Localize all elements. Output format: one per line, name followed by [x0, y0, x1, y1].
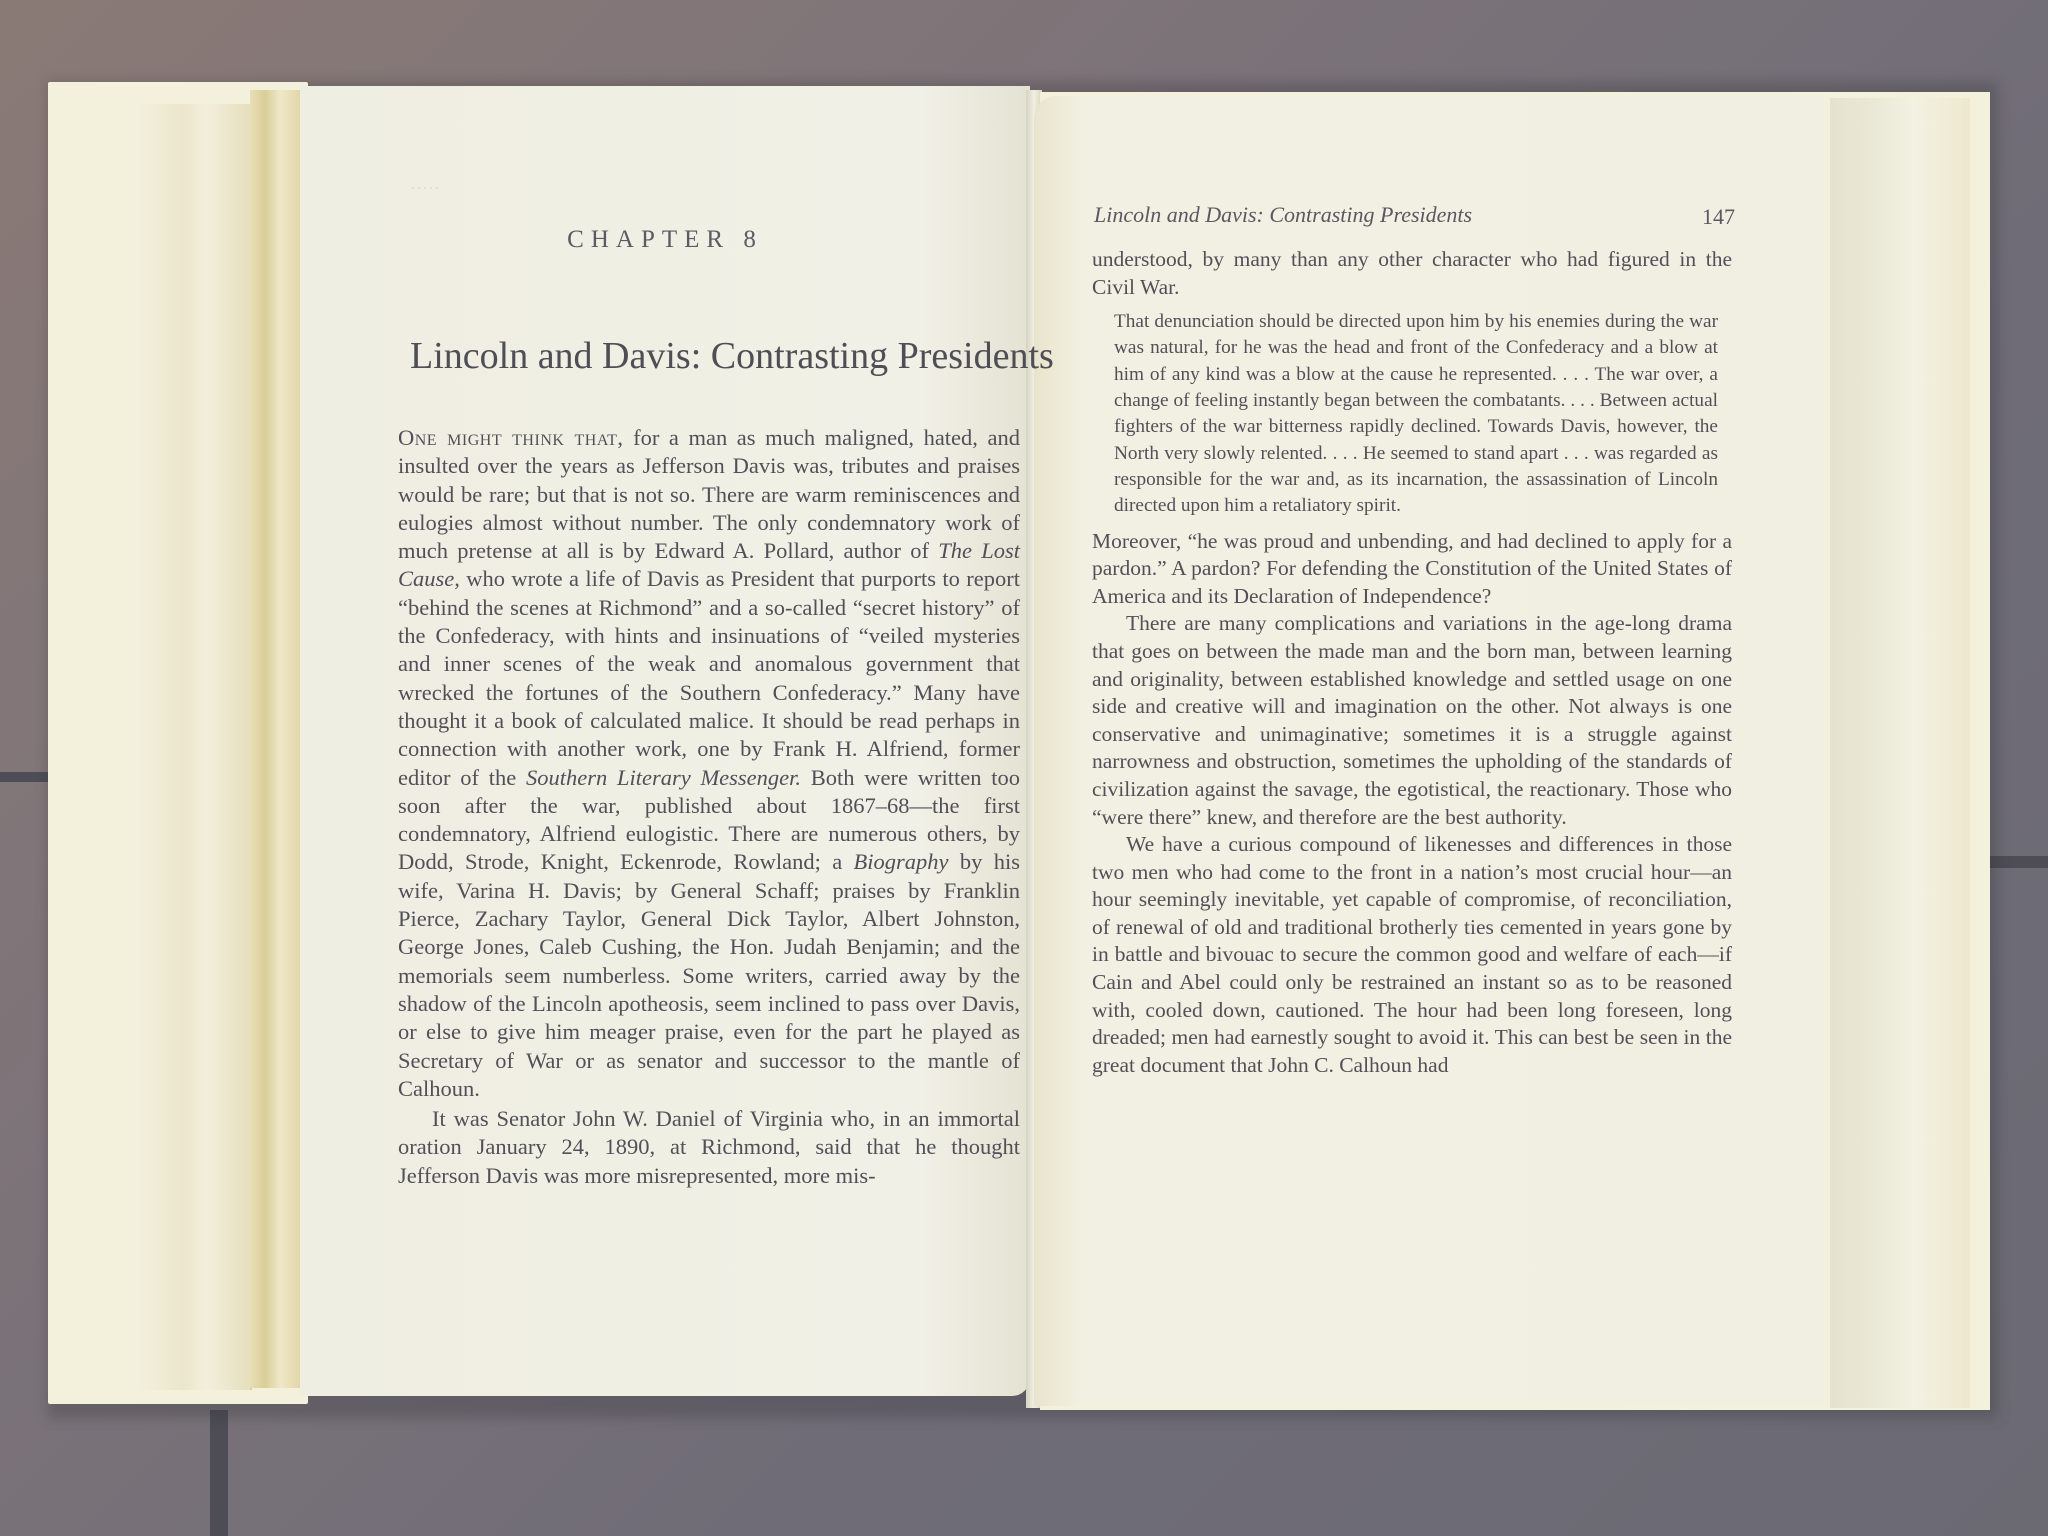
book-title-italic: Biography: [854, 849, 949, 874]
paragraph: There are many complications and variati…: [1092, 610, 1732, 831]
lead-in-smallcaps: One might think that,: [398, 425, 624, 450]
show-through-text: ·····: [410, 178, 440, 199]
paragraph: It was Senator John W. Daniel of Virgini…: [398, 1105, 1020, 1190]
chapter-title: Lincoln and Davis: Contrasting President…: [410, 334, 1054, 378]
paragraph: One might think that, for a man as much …: [398, 424, 1020, 1103]
paragraph: Moreover, “he was proud and unbending, a…: [1092, 528, 1732, 611]
block-quote: That denunciation should be directed upo…: [1114, 309, 1718, 519]
left-page-body: One might think that, for a man as much …: [398, 424, 1020, 1190]
paragraph-text: by his wife, Varina H. Davis; by General…: [398, 849, 1020, 1100]
running-head: Lincoln and Davis: Contrasting President…: [1094, 202, 1472, 228]
page-stack-right: [1830, 98, 1970, 1408]
continued-paragraph: understood, by many than any other chara…: [1092, 246, 1732, 301]
publication-title-italic: Southern Literary Messenger.: [526, 765, 801, 790]
page-stack-left: [140, 104, 252, 1390]
right-page-body: understood, by many than any other chara…: [1092, 246, 1732, 1079]
paragraph-text: who wrote a life of Davis as President t…: [398, 566, 1020, 789]
paragraph: We have a curious compound of likenesses…: [1092, 831, 1732, 1079]
chapter-label: CHAPTER 8: [300, 226, 1030, 254]
page-stack-left-inner: [250, 90, 302, 1388]
page-number: 147: [1702, 204, 1735, 230]
floor-grout-line: [210, 1410, 228, 1536]
